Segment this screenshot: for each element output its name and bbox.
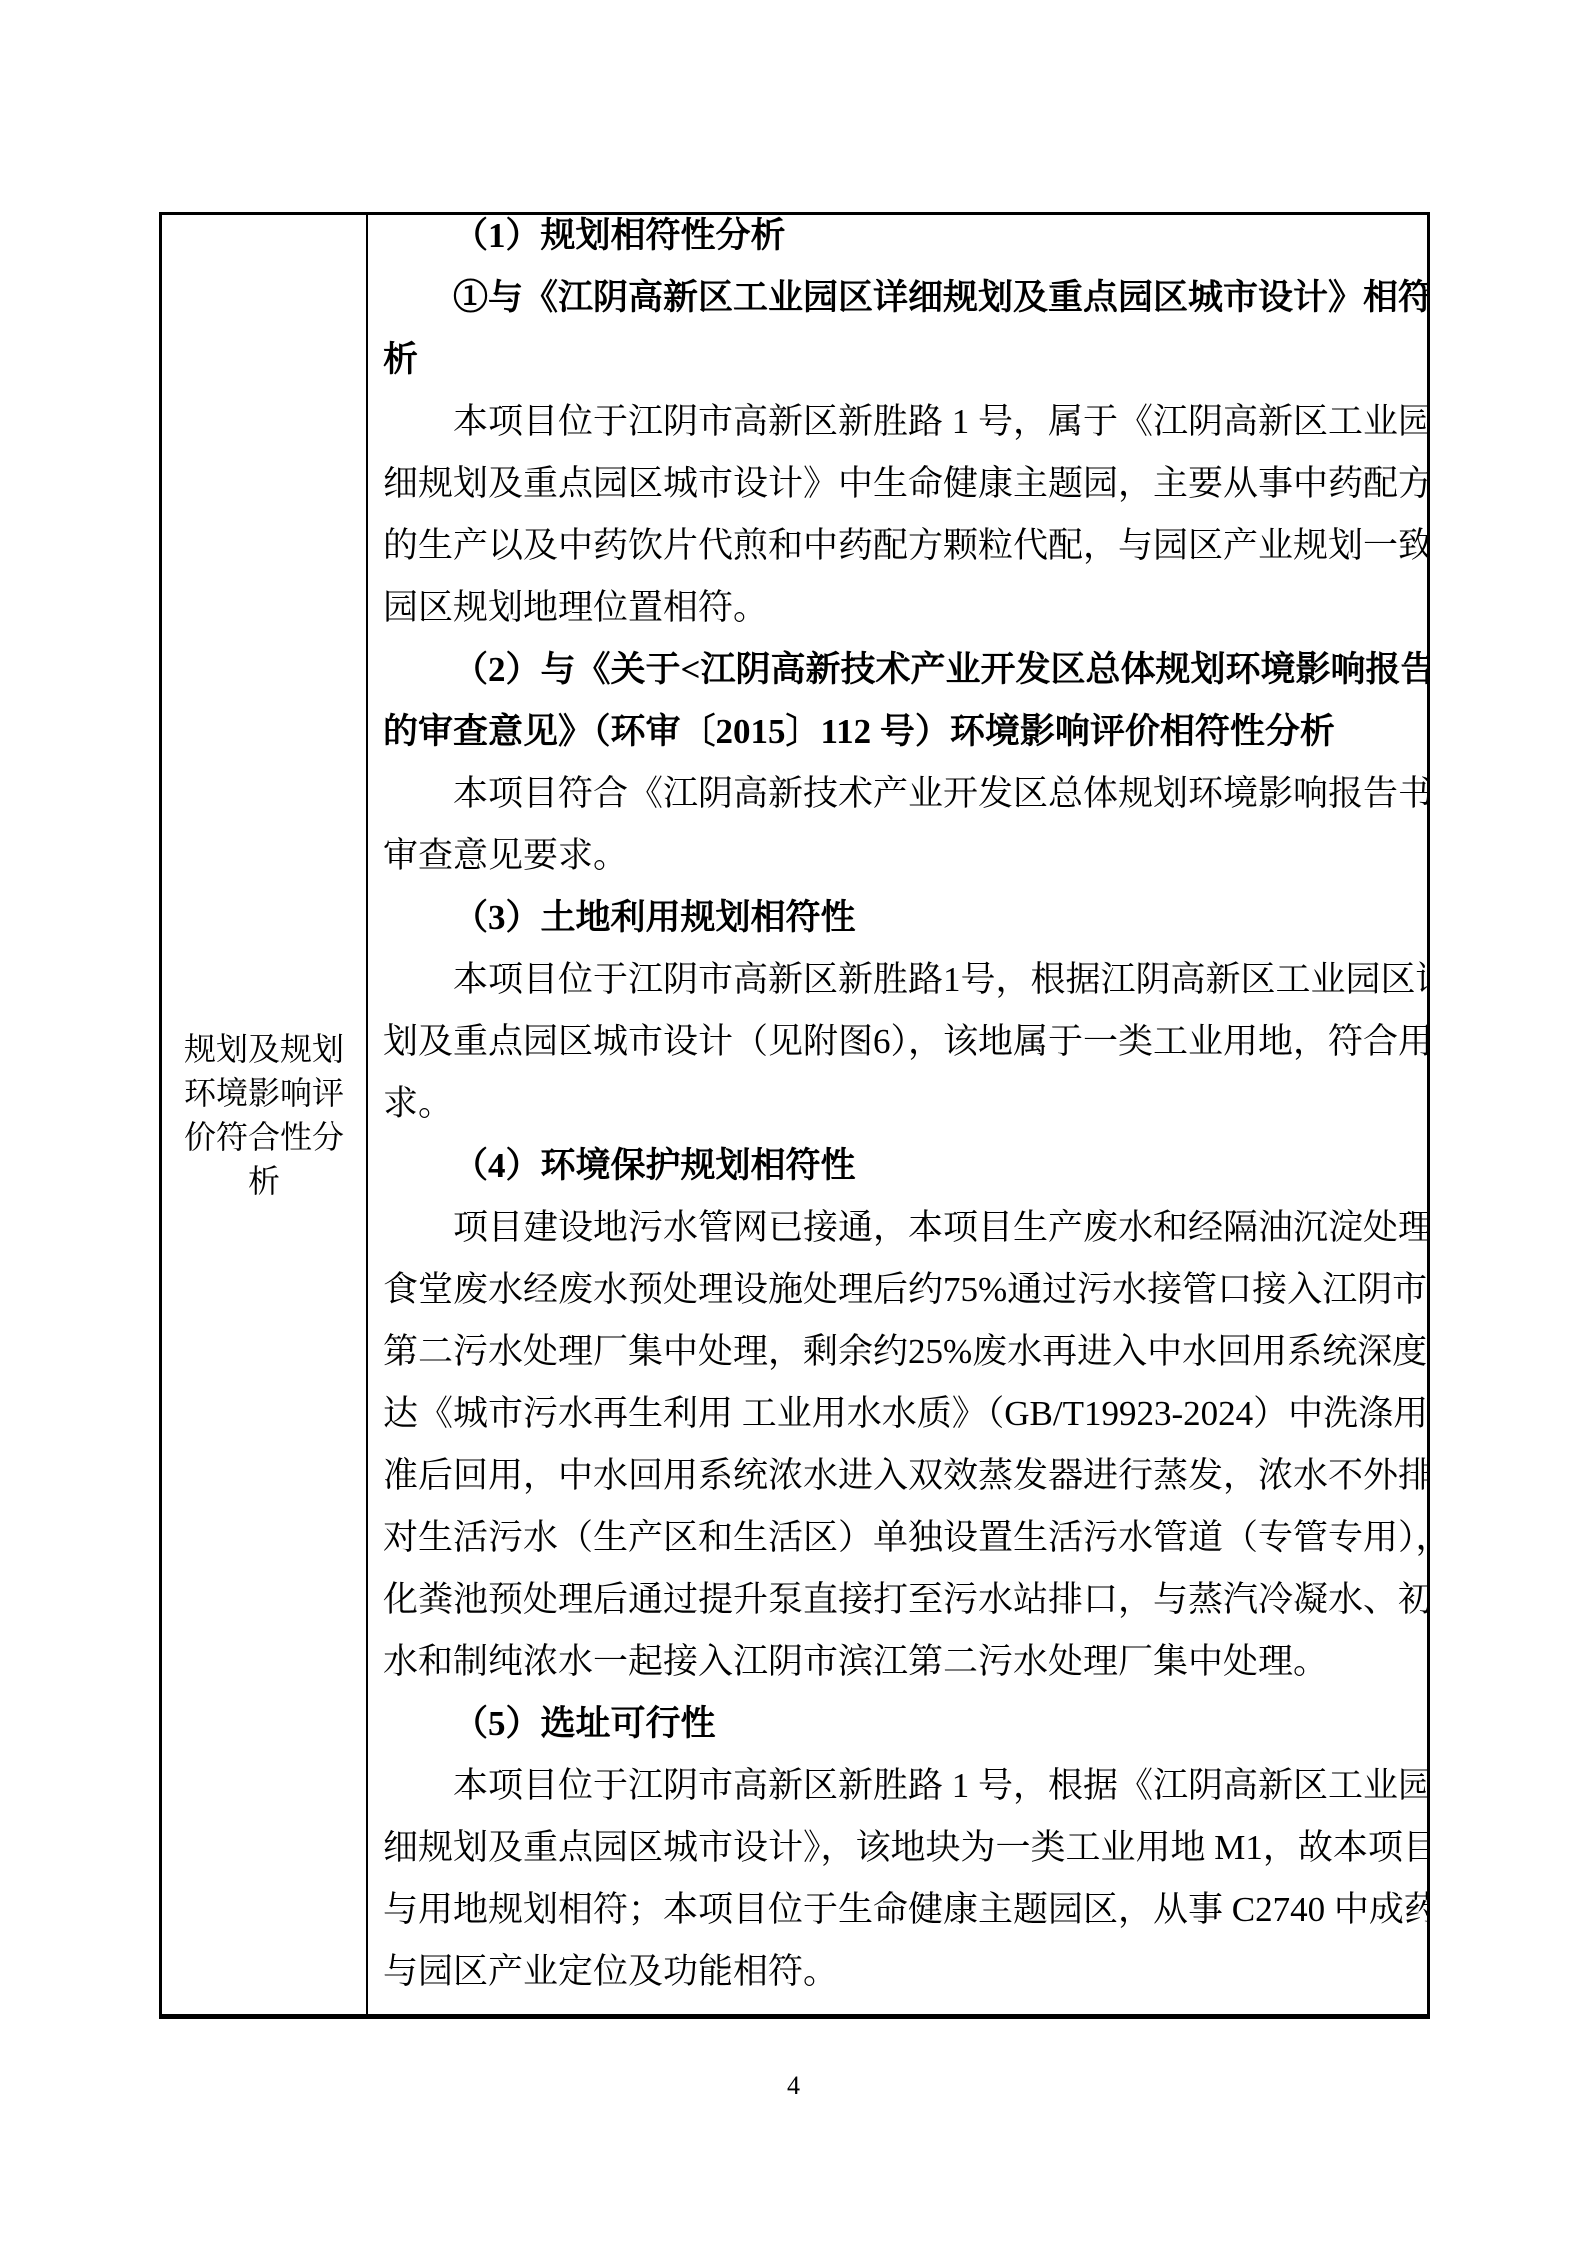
analysis-content-cell: （1）规划相符性分析①与《江阴高新区工业园区详细规划及重点园区城市设计》相符性分… (368, 215, 1427, 2014)
content-line: 与园区产业定位及功能相符。 (383, 1941, 1412, 2003)
row-header-line: 规划及规划 (184, 1027, 344, 1071)
content-line: 化粪池预处理后通过提升泵直接打至污水站排口，与蒸汽冷凝水、初期雨 (383, 1569, 1412, 1631)
row-header-line: 价符合性分 (184, 1115, 344, 1159)
content-line: ①与《江阴高新区工业园区详细规划及重点园区城市设计》相符性分 (383, 267, 1412, 329)
content-line: 析 (383, 329, 1412, 391)
row-header-line: 环境影响评 (184, 1071, 344, 1115)
content-line: 对生活污水（生产区和生活区）单独设置生活污水管道（专管专用），经 (383, 1507, 1412, 1569)
content-line: 细规划及重点园区城市设计》中生命健康主题园，主要从事中药配方颗粒 (383, 453, 1412, 515)
content-line: 项目建设地污水管网已接通，本项目生产废水和经隔油沉淀处理后的 (383, 1197, 1412, 1259)
analysis-content: （1）规划相符性分析①与《江阴高新区工业园区详细规划及重点园区城市设计》相符性分… (383, 215, 1412, 2003)
document-page: 规划及规划环境影响评价符合性分析 （1）规划相符性分析①与《江阴高新区工业园区详… (0, 0, 1587, 2245)
planning-compliance-table: 规划及规划环境影响评价符合性分析 （1）规划相符性分析①与《江阴高新区工业园区详… (159, 212, 1430, 2019)
content-line: （4）环境保护规划相符性 (383, 1135, 1412, 1197)
content-line: 水和制纯浓水一起接入江阴市滨江第二污水处理厂集中处理。 (383, 1631, 1412, 1693)
content-line: 本项目符合《江阴高新技术产业开发区总体规划环境影响报告书》的 (383, 763, 1412, 825)
content-line: 本项目位于江阴市高新区新胜路 1 号，属于《江阴高新区工业园区详 (383, 391, 1412, 453)
row-header-cell: 规划及规划环境影响评价符合性分析 (162, 215, 368, 2014)
content-line: （1）规划相符性分析 (383, 215, 1412, 267)
content-line: 审查意见要求。 (383, 825, 1412, 887)
page-number: 4 (0, 2068, 1587, 2104)
content-line: 与用地规划相符；本项目位于生命健康主题园区，从事 C2740 中成药生产， (383, 1879, 1412, 1941)
content-line: 的审查意见》（环审〔2015〕112 号）环境影响评价相符性分析 (383, 701, 1412, 763)
content-line: 达《城市污水再生利用 工业用水水质》（GB/T19923-2024）中洗涤用水标 (383, 1383, 1412, 1445)
content-line: 的生产以及中药饮片代煎和中药配方颗粒代配，与园区产业规划一致，与 (383, 515, 1412, 577)
content-line: （5）选址可行性 (383, 1693, 1412, 1755)
row-header-label: 规划及规划环境影响评价符合性分析 (184, 1027, 344, 1203)
content-line: 本项目位于江阴市高新区新胜路 1 号，根据《江阴高新区工业园区详 (383, 1755, 1412, 1817)
content-line: 细规划及重点园区城市设计》，该地块为一类工业用地 M1，故本项目选址 (383, 1817, 1412, 1879)
content-line: 园区规划地理位置相符。 (383, 577, 1412, 639)
content-line: 食堂废水经废水预处理设施处理后约75%通过污水接管口接入江阴市滨江 (383, 1259, 1412, 1321)
row-header-line: 析 (184, 1159, 344, 1203)
content-line: （3）土地利用规划相符性 (383, 887, 1412, 949)
content-line: （2）与《关于<江阴高新技术产业开发区总体规划环境影响报告书> (383, 639, 1412, 701)
content-line: 第二污水处理厂集中处理，剩余约25%废水再进入中水回用系统深度处理 (383, 1321, 1412, 1383)
content-line: 准后回用，中水回用系统浓水进入双效蒸发器进行蒸发，浓水不外排；针 (383, 1445, 1412, 1507)
content-line: 划及重点园区城市设计（见附图6），该地属于一类工业用地，符合用地要 (383, 1011, 1412, 1073)
content-line: 求。 (383, 1073, 1412, 1135)
content-line: 本项目位于江阴市高新区新胜路1号，根据江阴高新区工业园区详细规 (383, 949, 1412, 1011)
